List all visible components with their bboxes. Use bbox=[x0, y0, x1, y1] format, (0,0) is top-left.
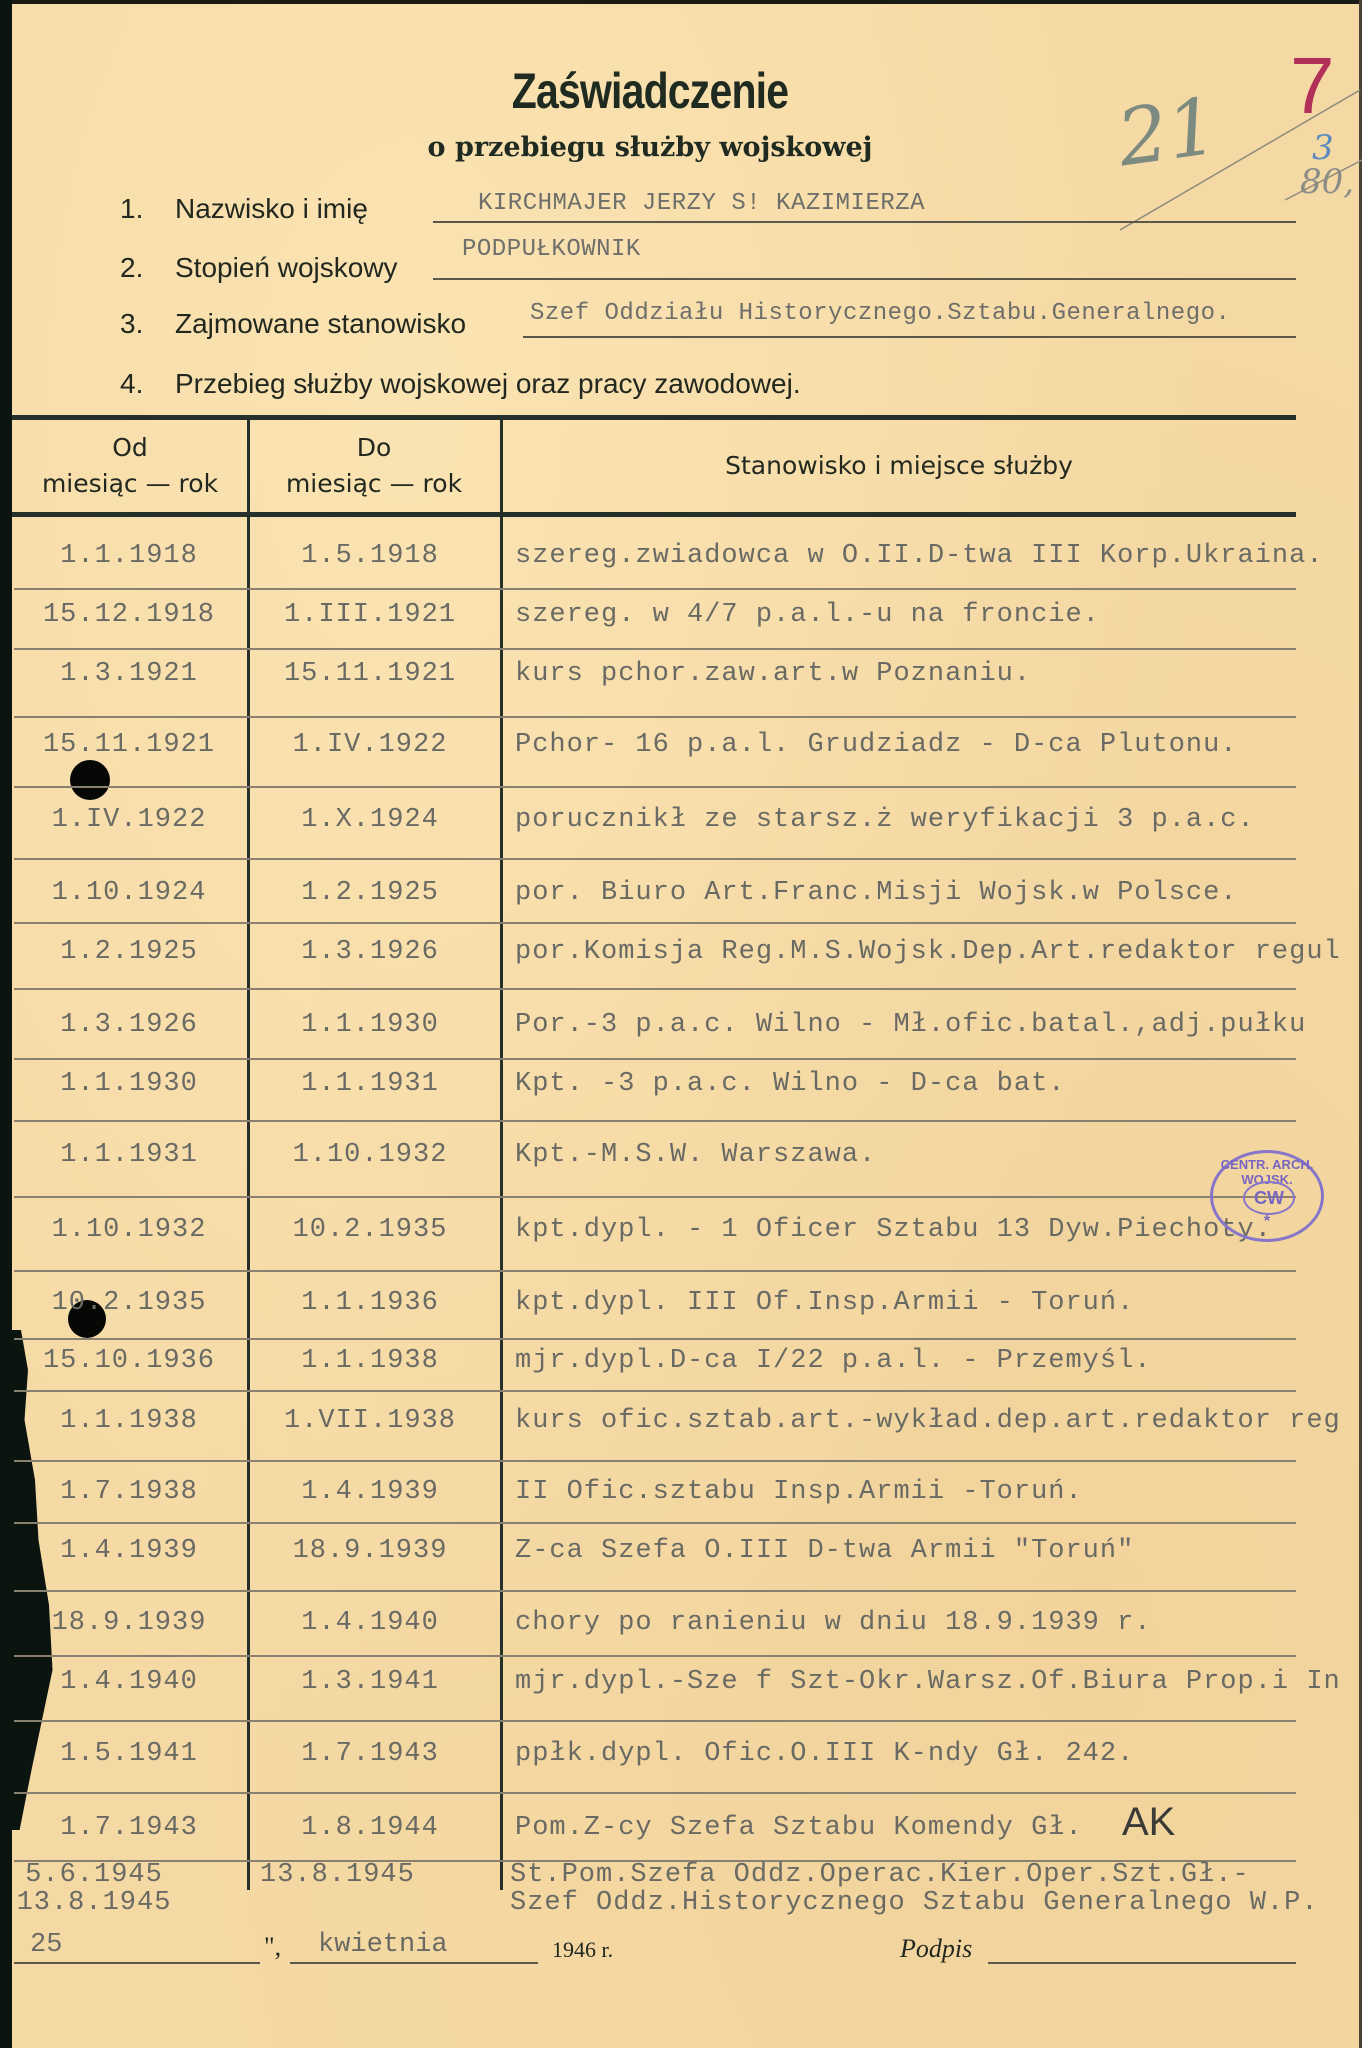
header-do: Do miesiąc — rok bbox=[250, 430, 498, 502]
field-2-label: 2.Stopień wojskowy bbox=[120, 252, 398, 284]
row-from-date: 1.5.1941 bbox=[14, 1739, 244, 1769]
row-separator bbox=[14, 1792, 1296, 1794]
row-separator bbox=[14, 922, 1296, 924]
row-to-date: 10.2.1935 bbox=[250, 1215, 490, 1245]
last-row-od-1: 5.6.1945 bbox=[14, 1860, 174, 1890]
row-to-date: 1.5.1918 bbox=[250, 541, 490, 571]
field-4-label: 4.Przebieg służby wojskowej oraz pracy z… bbox=[120, 368, 801, 400]
footer-year: 1946 r. bbox=[552, 1937, 613, 1963]
row-position-description: mjr.dypl.D-ca I/22 p.a.l. - Przemyśl. bbox=[515, 1346, 1152, 1376]
row-from-date: 1.3.1926 bbox=[14, 1010, 244, 1040]
table-header-rule bbox=[12, 512, 1296, 517]
field-3-line bbox=[523, 336, 1296, 338]
field-2-line bbox=[433, 278, 1296, 280]
field-1-name-value: KIRCHMAJER JERZY S! KAZIMIERZA bbox=[478, 190, 925, 217]
row-to-date: 1.X.1924 bbox=[250, 805, 490, 835]
row-to-date: 15.11.1921 bbox=[250, 659, 490, 689]
row-separator bbox=[14, 1590, 1296, 1592]
row-to-date: 1.1.1936 bbox=[250, 1288, 490, 1318]
row-from-date: 15.11.1921 bbox=[14, 730, 244, 760]
row-separator bbox=[14, 1460, 1296, 1462]
row-to-date: 1.1.1930 bbox=[250, 1010, 490, 1040]
row-separator bbox=[14, 1196, 1296, 1198]
row-to-date: 1.2.1925 bbox=[250, 878, 490, 908]
row-from-date: 1.4.1939 bbox=[14, 1536, 244, 1566]
row-separator bbox=[14, 1270, 1296, 1272]
row-from-date: 1.3.1921 bbox=[14, 659, 244, 689]
row-separator bbox=[14, 1655, 1296, 1657]
row-position-description: II Ofic.sztabu Insp.Armii -Toruń. bbox=[515, 1477, 1083, 1507]
footer-quote: ", bbox=[264, 1932, 281, 1962]
row-position-description: mjr.dypl.-Sze f Szt-Okr.Warsz.Of.Biura P… bbox=[515, 1667, 1341, 1697]
last-row-desc-1: St.Pom.Szefa Oddz.Operac.Kier.Oper.Szt.G… bbox=[510, 1860, 1250, 1890]
row-position-description: porucznikł ze starsz.ż weryfikacji 3 p.a… bbox=[515, 805, 1255, 835]
handwritten-ak-note: AK bbox=[1122, 1800, 1175, 1845]
signature-label: Podpis bbox=[900, 1934, 972, 1964]
footer-month: kwietnia bbox=[318, 1930, 448, 1960]
table-top-rule bbox=[12, 415, 1296, 420]
row-from-date: 1.10.1924 bbox=[14, 878, 244, 908]
stamp-monogram: CW bbox=[1243, 1181, 1295, 1215]
row-to-date: 1.3.1926 bbox=[250, 937, 490, 967]
row-separator bbox=[14, 648, 1296, 650]
row-from-date: 1.2.1925 bbox=[14, 937, 244, 967]
row-position-description: Kpt. -3 p.a.c. Wilno - D-ca bat. bbox=[515, 1069, 1065, 1099]
field-1-line bbox=[433, 221, 1296, 223]
row-separator bbox=[14, 1390, 1296, 1392]
row-to-date: 1.7.1943 bbox=[250, 1739, 490, 1769]
row-separator bbox=[14, 588, 1296, 590]
row-to-date: 18.9.1939 bbox=[250, 1536, 490, 1566]
row-from-date: 1.7.1938 bbox=[14, 1477, 244, 1507]
header-od: Od miesiąc — rok bbox=[14, 430, 246, 502]
pencil-diagonal-strokes bbox=[1120, 60, 1362, 240]
row-position-description: Kpt.-M.S.W. Warszawa. bbox=[515, 1140, 876, 1170]
row-from-date: 1.1.1930 bbox=[14, 1069, 244, 1099]
row-separator bbox=[14, 988, 1296, 990]
row-position-description: kpt.dypl. - 1 Oficer Sztabu 13 Dyw.Piech… bbox=[515, 1215, 1272, 1245]
row-position-description: kurs pchor.zaw.art.w Poznaniu. bbox=[515, 659, 1031, 689]
row-from-date: 1.1.1918 bbox=[14, 541, 244, 571]
row-separator bbox=[14, 716, 1296, 718]
footer-month-line bbox=[290, 1962, 538, 1964]
document-title: Zaświadczenie bbox=[117, 62, 1183, 120]
row-separator bbox=[14, 1338, 1296, 1340]
row-to-date: 1.III.1921 bbox=[250, 600, 490, 630]
signature-line bbox=[988, 1962, 1296, 1964]
row-position-description: szereg. w 4/7 p.a.l.-u na froncie. bbox=[515, 600, 1100, 630]
row-from-date: 1.4.1940 bbox=[14, 1667, 244, 1697]
row-position-description: Pom.Z-cy Szefa Sztabu Komendy Gł. bbox=[515, 1813, 1083, 1843]
row-separator bbox=[14, 1522, 1296, 1524]
row-position-description: Pchor- 16 p.a.l. Grudziadz - D-ca Pluton… bbox=[515, 730, 1238, 760]
last-row-desc-2: Szef Oddz.Historycznego Sztabu Generalne… bbox=[510, 1888, 1319, 1918]
row-to-date: 1.1.1938 bbox=[250, 1346, 490, 1376]
row-to-date: 1.3.1941 bbox=[250, 1667, 490, 1697]
row-position-description: chory po ranieniu w dniu 18.9.1939 r. bbox=[515, 1608, 1152, 1638]
last-row-do: 13.8.1945 bbox=[260, 1860, 415, 1890]
last-row-od-2: 13.8.1945 bbox=[14, 1888, 174, 1918]
row-to-date: 1.4.1939 bbox=[250, 1477, 490, 1507]
row-to-date: 1.1.1931 bbox=[250, 1069, 490, 1099]
row-from-date: 15.10.1936 bbox=[14, 1346, 244, 1376]
row-from-date: 1.IV.1922 bbox=[14, 805, 244, 835]
row-position-description: por. Biuro Art.Franc.Misji Wojsk.w Polsc… bbox=[515, 878, 1238, 908]
row-separator bbox=[14, 1120, 1296, 1122]
row-position-description: szereg.zwiadowca w O.II.D-twa III Korp.U… bbox=[515, 541, 1324, 571]
document-subtitle: o przebiegu służby wojskowej bbox=[0, 132, 1300, 163]
row-position-description: Z-ca Szefa O.III D-twa Armii "Toruń" bbox=[515, 1536, 1134, 1566]
column-divider-do-desc bbox=[500, 415, 503, 1890]
row-from-date: 1.7.1943 bbox=[14, 1813, 244, 1843]
row-from-date: 1.10.1932 bbox=[14, 1215, 244, 1245]
row-to-date: 1.10.1932 bbox=[250, 1140, 490, 1170]
row-separator bbox=[14, 858, 1296, 860]
row-to-date: 1.VII.1938 bbox=[250, 1406, 490, 1436]
footer-day-line bbox=[14, 1962, 260, 1964]
row-position-description: kpt.dypl. III Of.Insp.Armii - Toruń. bbox=[515, 1288, 1134, 1318]
row-to-date: 1.IV.1922 bbox=[250, 730, 490, 760]
row-position-description: por.Komisja Reg.M.S.Wojsk.Dep.Art.redakt… bbox=[515, 937, 1341, 967]
field-3-label: 3.Zajmowane stanowisko bbox=[120, 308, 466, 340]
row-to-date: 1.8.1944 bbox=[250, 1813, 490, 1843]
header-stanowisko: Stanowisko i miejsce służby bbox=[503, 448, 1295, 484]
row-from-date: 10.2.1935 bbox=[14, 1288, 244, 1318]
row-from-date: 15.12.1918 bbox=[14, 600, 244, 630]
row-position-description: ppłk.dypl. Ofic.O.III K-ndy Gł. 242. bbox=[515, 1739, 1134, 1769]
field-3-position-value: Szef Oddziału Historycznego.Sztabu.Gener… bbox=[530, 300, 1230, 327]
row-separator bbox=[14, 1058, 1296, 1060]
archive-stamp: CENTR. ARCH. WOJSK. CW * bbox=[1210, 1150, 1324, 1242]
field-2-rank-value: PODPUŁKOWNIK bbox=[462, 236, 641, 263]
row-separator bbox=[14, 1720, 1296, 1722]
footer-day: 25 bbox=[30, 1930, 62, 1960]
row-from-date: 1.1.1938 bbox=[14, 1406, 244, 1436]
row-from-date: 18.9.1939 bbox=[14, 1608, 244, 1638]
punch-hole bbox=[70, 760, 110, 800]
row-to-date: 1.4.1940 bbox=[250, 1608, 490, 1638]
row-from-date: 1.1.1931 bbox=[14, 1140, 244, 1170]
row-separator bbox=[14, 786, 1296, 788]
scan-top-edge bbox=[0, 0, 1362, 4]
field-1-label: 1.Nazwisko i imię bbox=[120, 193, 368, 225]
row-position-description: Por.-3 p.a.c. Wilno - Mł.ofic.batal.,adj… bbox=[515, 1010, 1306, 1040]
row-position-description: kurs ofic.sztab.art.-wykład.dep.art.reda… bbox=[515, 1406, 1341, 1436]
